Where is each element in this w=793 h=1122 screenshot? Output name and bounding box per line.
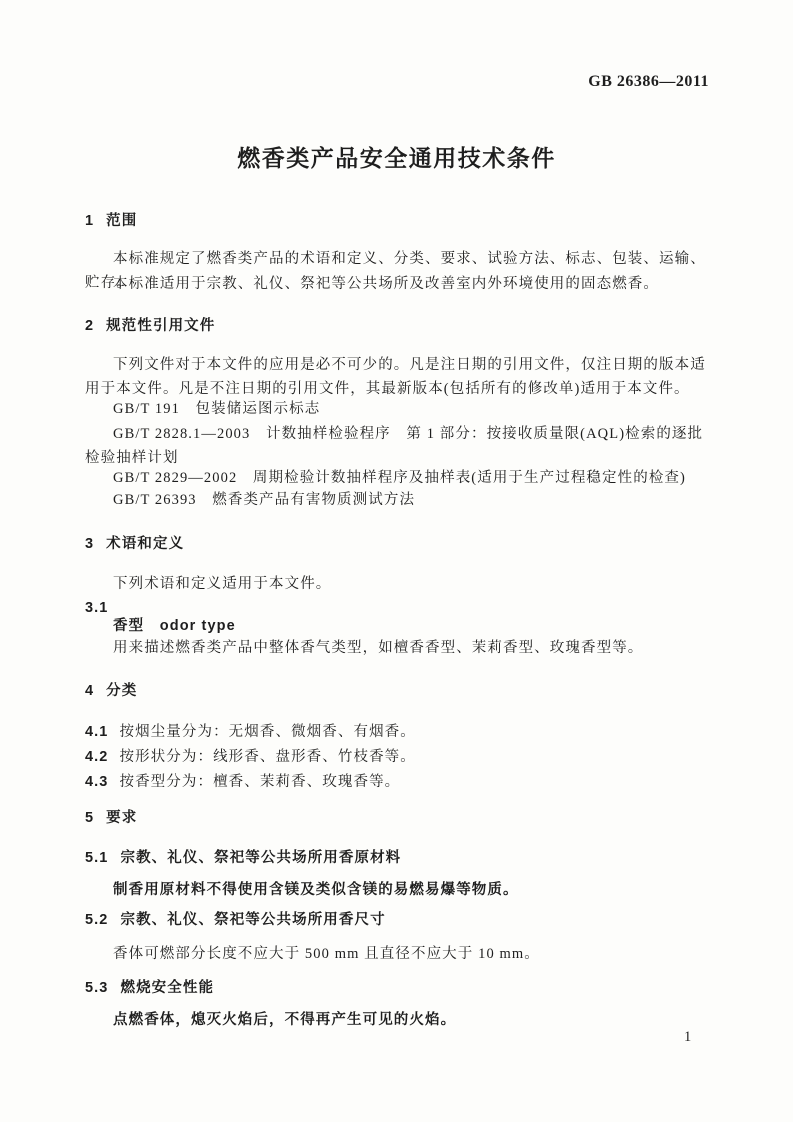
reference-item: GB/T 191 包装储运图示标志: [85, 397, 712, 421]
classification-item: 4.1按烟尘量分为：无烟香、微烟香、有烟香。: [85, 720, 712, 744]
classification-item-text: 按形状分为：线形香、盘形香、竹枝香等。: [119, 749, 415, 765]
requirement-number: 5.1: [85, 850, 108, 866]
scope-paragraph-2: 本标准适用于宗教、礼仪、祭祀等公共场所及改善室内外环境使用的固态燃香。: [85, 272, 712, 296]
clause-4-heading: 4分类: [85, 681, 712, 701]
term-definition: 用来描述燃香类产品中整体香气类型，如檀香香型、茉莉香型、玫瑰香型等。: [85, 636, 712, 660]
term-title: 香型 odor type: [85, 614, 712, 638]
clause-2-title: 规范性引用文件: [106, 318, 215, 334]
classification-item: 4.2按形状分为：线形香、盘形香、竹枝香等。: [85, 745, 712, 769]
requirement-5-3-heading: 5.3燃烧安全性能: [85, 978, 712, 998]
requirement-title: 宗教、礼仪、祭祀等公共场所用香原材料: [120, 850, 401, 866]
clause-3-title: 术语和定义: [106, 536, 184, 552]
clause-2-number: 2: [85, 318, 94, 334]
standard-code: GB 26386—2011: [588, 73, 709, 91]
clause-1-number: 1: [85, 213, 94, 229]
clause-5-title: 要求: [106, 810, 137, 826]
requirement-5-1-body: 制香用原材料不得使用含镁及类似含镁的易燃易爆等物质。: [85, 878, 712, 902]
clause-3-number: 3: [85, 536, 94, 552]
reference-item: GB/T 2828.1—2003 计数抽样检验程序 第 1 部分：按接收质量限(…: [85, 422, 712, 470]
requirement-5-1-heading: 5.1宗教、礼仪、祭祀等公共场所用香原材料: [85, 848, 712, 868]
classification-item-number: 4.2: [85, 749, 108, 765]
clause-5-number: 5: [85, 810, 94, 826]
clause-4-title: 分类: [106, 683, 137, 699]
clause-4-number: 4: [85, 683, 94, 699]
classification-item: 4.3按香型分为：檀香、茉莉香、玫瑰香等。: [85, 770, 712, 794]
clause-5-heading: 5要求: [85, 808, 712, 828]
clause-3-heading: 3术语和定义: [85, 534, 712, 554]
page-number: 1: [684, 1029, 691, 1046]
classification-item-number: 4.3: [85, 774, 108, 790]
clause-2-heading: 2规范性引用文件: [85, 316, 712, 336]
reference-item: GB/T 2829—2002 周期检验计数抽样程序及抽样表(适用于生产过程稳定性…: [85, 466, 712, 490]
requirement-title: 宗教、礼仪、祭祀等公共场所用香尺寸: [120, 912, 385, 928]
classification-item-number: 4.1: [85, 724, 108, 740]
document-page: GB 26386—2011 燃香类产品安全通用技术条件 1范围 本标准规定了燃香…: [0, 0, 793, 1122]
references-intro: 下列文件对于本文件的应用是必不可少的。凡是注日期的引用文件，仅注日期的版本适用于…: [85, 353, 712, 401]
classification-item-text: 按烟尘量分为：无烟香、微烟香、有烟香。: [119, 724, 415, 740]
terms-intro: 下列术语和定义适用于本文件。: [85, 572, 712, 596]
requirement-5-2-heading: 5.2宗教、礼仪、祭祀等公共场所用香尺寸: [85, 910, 712, 930]
reference-item: GB/T 26393 燃香类产品有害物质测试方法: [85, 488, 712, 512]
requirement-5-3-body: 点燃香体，熄灭火焰后，不得再产生可见的火焰。: [85, 1008, 712, 1032]
requirement-number: 5.2: [85, 912, 108, 928]
requirement-5-2-body: 香体可燃部分长度不应大于 500 mm 且直径不应大于 10 mm。: [85, 942, 712, 966]
requirement-title: 燃烧安全性能: [120, 980, 214, 996]
document-title: 燃香类产品安全通用技术条件: [0, 140, 793, 173]
classification-item-text: 按香型分为：檀香、茉莉香、玫瑰香等。: [119, 774, 400, 790]
clause-1-heading: 1范围: [85, 211, 712, 231]
requirement-number: 5.3: [85, 980, 108, 996]
clause-1-title: 范围: [106, 213, 137, 229]
